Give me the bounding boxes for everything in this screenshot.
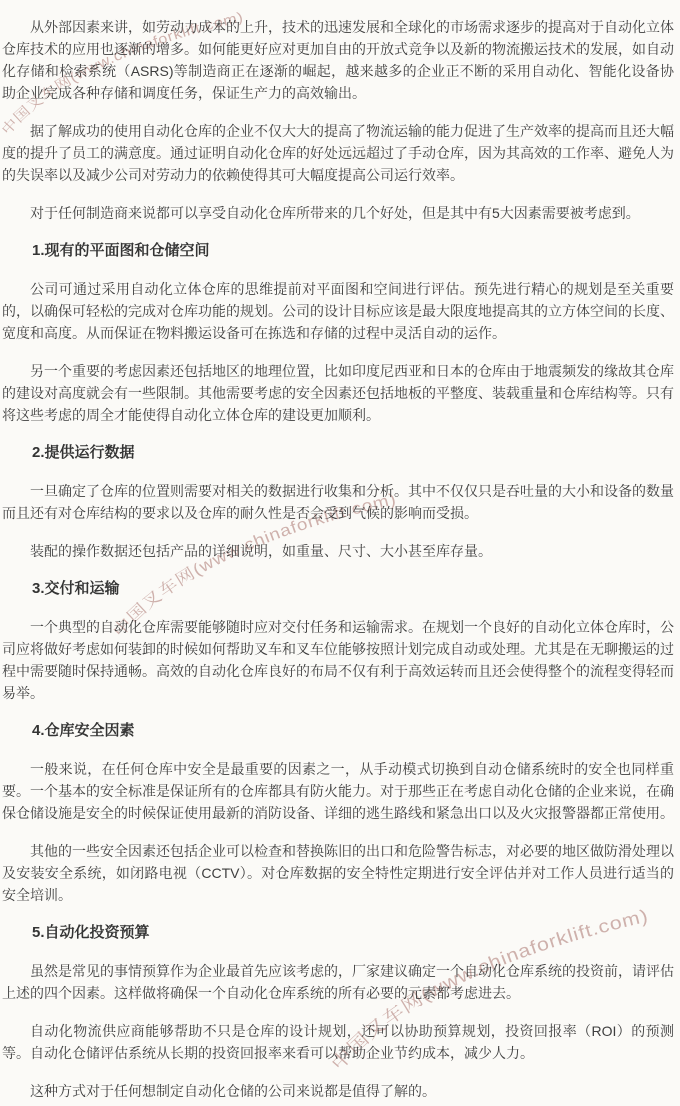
section-2-paragraph-2: 装配的操作数据还包括产品的详细说明，如重量、尺寸、大小甚至库存量。 — [2, 540, 674, 562]
section-4-paragraph-2: 其他的一些安全因素还包括企业可以检查和替换陈旧的出口和危险警告标志，对必要的地区… — [2, 840, 674, 906]
section-3-paragraph-1: 一个典型的自动化仓库需要能够随时应对交付任务和运输需求。在规划一个良好的自动化立… — [2, 616, 674, 704]
section-5-paragraph-2: 自动化物流供应商能够帮助不只是仓库的设计规划，还可以协助预算规划，投资回报率（R… — [2, 1020, 674, 1064]
section-5-paragraph-1: 虽然是常见的事情预算作为企业最首先应该考虑的，厂家建议确定一个自动化仓库系统的投… — [2, 960, 674, 1004]
section-1-heading: 1.现有的平面图和仓储空间 — [2, 240, 674, 262]
section-2-heading: 2.提供运行数据 — [2, 442, 674, 464]
section-5-paragraph-3: 这种方式对于任何想制定自动化仓储的公司来说都是值得了解的。 — [2, 1080, 674, 1102]
intro-paragraph-3: 对于任何制造商来说都可以享受自动化仓库所带来的几个好处，但是其中有5大因素需要被… — [2, 202, 674, 224]
intro-paragraph-2: 据了解成功的使用自动化仓库的企业不仅大大的提高了物流运输的能力促进了生产效率的提… — [2, 120, 674, 186]
section-1-paragraph-2: 另一个重要的考虑因素还包括地区的地理位置，比如印度尼西亚和日本的仓库由于地震频发… — [2, 360, 674, 426]
section-4-heading: 4.仓库安全因素 — [2, 720, 674, 742]
intro-paragraph-1: 从外部因素来讲，如劳动力成本的上升，技术的迅速发展和全球化的市场需求逐步的提高对… — [2, 16, 674, 104]
section-3-heading: 3.交付和运输 — [2, 578, 674, 600]
section-2-paragraph-1: 一旦确定了仓库的位置则需要对相关的数据进行收集和分析。其中不仅仅只是吞吐量的大小… — [2, 480, 674, 524]
section-4-paragraph-1: 一般来说，在任何仓库中安全是最重要的因素之一，从手动模式切换到自动仓储系统时的安… — [2, 758, 674, 824]
section-1-paragraph-1: 公司可通过采用自动化立体仓库的思维提前对平面图和空间进行评估。预先进行精心的规划… — [2, 278, 674, 344]
article-body: 从外部因素来讲，如劳动力成本的上升，技术的迅速发展和全球化的市场需求逐步的提高对… — [0, 16, 680, 1102]
section-5-heading: 5.自动化投资预算 — [2, 922, 674, 944]
